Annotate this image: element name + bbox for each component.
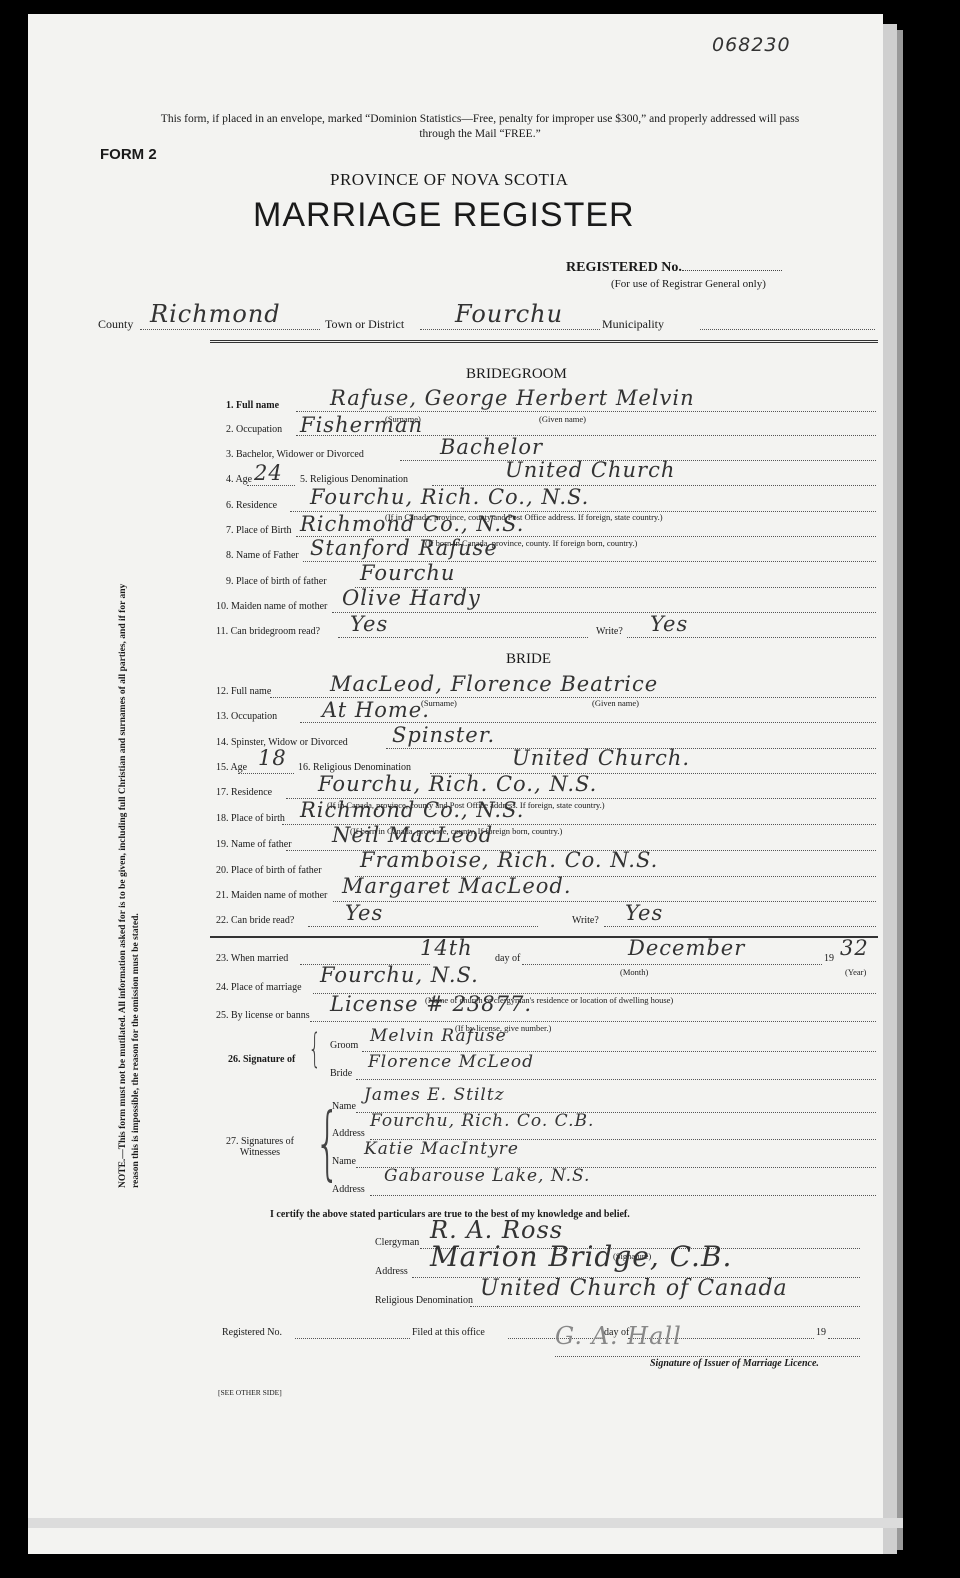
registered-number-field [682, 270, 782, 271]
groom-birthplace-label: 7. Place of Birth [226, 525, 292, 536]
bridegroom-heading: BRIDEGROOM [466, 366, 567, 383]
page-edge-shadow [897, 30, 903, 1550]
bride-write-label: Write? [572, 915, 599, 926]
bride-mother-label: 21. Maiden name of mother [216, 890, 327, 901]
bride-status-value: Spinster. [392, 723, 495, 747]
groom-read-value: Yes [350, 612, 388, 636]
bride-signature-value: Florence McLeod [368, 1052, 534, 1072]
witnesses-label: 27. Signatures of Witnesses [225, 1136, 295, 1158]
registered-number-note: (For use of Registrar General only) [611, 278, 766, 290]
bride-birthplace-value: Richmond Co., N.S. [300, 798, 524, 822]
bride-age-value: 18 [258, 746, 287, 770]
bride-occupation-label: 13. Occupation [216, 711, 277, 722]
bride-age-label: 15. Age [216, 762, 247, 773]
town-label: Town or District [325, 317, 404, 332]
bride-divider [210, 936, 878, 938]
witness2-name-value: Katie MacIntyre [364, 1139, 519, 1159]
bride-heading: BRIDE [506, 651, 551, 668]
witness1-address-value: Fourchu, Rich. Co. C.B. [370, 1111, 594, 1131]
groom-residence-value: Fourchu, Rich. Co., N.S. [310, 485, 589, 509]
groom-mother-value: Olive Hardy [342, 586, 481, 610]
day-of-label: day of [495, 953, 520, 964]
clergyman-address-value: Marion Bridge, C.B. [430, 1240, 732, 1273]
groom-birthplace-value: Richmond Co., N.S. [300, 512, 524, 536]
groom-father-birthplace-label: 9. Place of birth of father [226, 576, 327, 587]
issuer-signature: G. A. Hall [555, 1322, 682, 1350]
given-name-hint: (Given name) [539, 414, 586, 424]
province-heading: PROVINCE OF NOVA SCOTIA [330, 170, 568, 190]
filing-registered-label: Registered No. [222, 1327, 282, 1338]
groom-religion-value: United Church [505, 458, 675, 482]
filing-year-prefix: 19 [816, 1327, 826, 1338]
month-hint: (Month) [620, 967, 648, 977]
married-year-value: 32 [840, 936, 869, 960]
groom-residence-label: 6. Residence [226, 500, 277, 511]
page-bottom-edge [28, 1518, 903, 1528]
bride-full-name-value: MacLeod, Florence Beatrice [330, 672, 658, 696]
witness1-name-value: James E. Stiltz [364, 1085, 505, 1105]
county-value: Richmond [150, 300, 281, 328]
groom-age-value: 24 [254, 461, 283, 485]
groom-signature-value: Melvin Rafuse [370, 1026, 507, 1046]
place-of-marriage-label: 24. Place of marriage [216, 982, 302, 993]
bride-residence-label: 17. Residence [216, 787, 272, 798]
signature-of-label: 26. Signature of [228, 1054, 295, 1065]
see-other-side: [SEE OTHER SIDE] [218, 1388, 282, 1397]
bride-father-value: Neil MacLeod [332, 823, 493, 847]
groom-age-label: 4. Age [226, 474, 252, 485]
groom-occupation-value: Fisherman [300, 413, 423, 437]
brace: { [308, 1026, 321, 1072]
bride-read-value: Yes [345, 901, 383, 925]
when-married-label: 23. When married [216, 953, 288, 964]
denomination-label: Religious Denomination [375, 1295, 473, 1306]
issuer-label: Signature of Issuer of Marriage Licence. [650, 1358, 819, 1369]
registered-number: REGISTERED No. [566, 260, 782, 276]
groom-status-label: 3. Bachelor, Widower or Divorced [226, 449, 364, 460]
groom-status-value: Bachelor [440, 435, 543, 459]
year-prefix: 19 [824, 953, 834, 964]
groom-father-birthplace-value: Fourchu [360, 561, 455, 585]
bride-write-value: Yes [625, 901, 663, 925]
municipality-label: Municipality [602, 317, 664, 332]
groom-mother-label: 10. Maiden name of mother [216, 601, 327, 612]
header-divider [210, 340, 878, 343]
groom-father-value: Stanford Rafuse [310, 536, 498, 560]
license-value: License # 23877. [330, 992, 532, 1016]
serial-number: 068230 [712, 34, 791, 56]
page-title: MARRIAGE REGISTER [253, 196, 635, 235]
form-label: FORM 2 [100, 146, 157, 163]
place-of-marriage-value: Fourchu, N.S. [320, 963, 479, 987]
groom-father-label: 8. Name of Father [226, 550, 299, 561]
side-note: NOTE.—This form must not be mutilated. A… [117, 558, 143, 1188]
groom-write-value: Yes [650, 612, 688, 636]
county-label: County [98, 317, 133, 332]
groom-occupation-label: 2. Occupation [226, 424, 282, 435]
groom-full-name-label: 1. Full name [226, 400, 279, 411]
groom-religion-label: 5. Religious Denomination [300, 474, 408, 485]
married-day-value: 14th [420, 936, 473, 960]
groom-read-label: 11. Can bridegroom read? [216, 626, 320, 637]
clergyman-address-label: Address [375, 1266, 408, 1277]
groom-signature-label: Groom [330, 1040, 358, 1051]
filed-label: Filed at this office [412, 1327, 485, 1338]
bride-father-birthplace-value: Framboise, Rich. Co. N.S. [360, 848, 658, 872]
bride-birthplace-label: 18. Place of birth [216, 813, 285, 824]
page-edge [883, 24, 897, 1554]
bride-full-name-label: 12. Full name [216, 686, 271, 697]
bride-father-birthplace-label: 20. Place of birth of father [216, 865, 322, 876]
witness1-address-label: Address [332, 1128, 365, 1139]
witness2-name-label: Name [332, 1156, 356, 1167]
mail-notice: This form, if placed in an envelope, mar… [150, 112, 810, 142]
denomination-value: United Church of Canada [480, 1276, 788, 1301]
bride-read-label: 22. Can bride read? [216, 915, 294, 926]
town-value: Fourchu [455, 300, 563, 328]
witness1-name-label: Name [332, 1101, 356, 1112]
witness2-address-value: Gabarouse Lake, N.S. [384, 1166, 590, 1186]
bride-given-name-hint: (Given name) [592, 698, 639, 708]
license-label: 25. By license or banns [216, 1010, 310, 1021]
married-month-value: December [628, 936, 745, 960]
bride-signature-label: Bride [330, 1068, 352, 1079]
groom-write-label: Write? [596, 626, 623, 637]
witness2-address-label: Address [332, 1184, 365, 1195]
bride-father-label: 19. Name of father [216, 839, 292, 850]
bride-residence-value: Fourchu, Rich. Co., N.S. [318, 772, 597, 796]
clergyman-label: Clergyman [375, 1237, 419, 1248]
year-hint: (Year) [845, 967, 866, 977]
registered-number-label: REGISTERED No. [566, 260, 682, 275]
bride-mother-value: Margaret MacLeod. [342, 874, 572, 898]
bride-occupation-value: At Home. [322, 698, 430, 722]
bride-religion-value: United Church. [512, 746, 690, 770]
groom-full-name-value: Rafuse, George Herbert Melvin [330, 386, 695, 410]
